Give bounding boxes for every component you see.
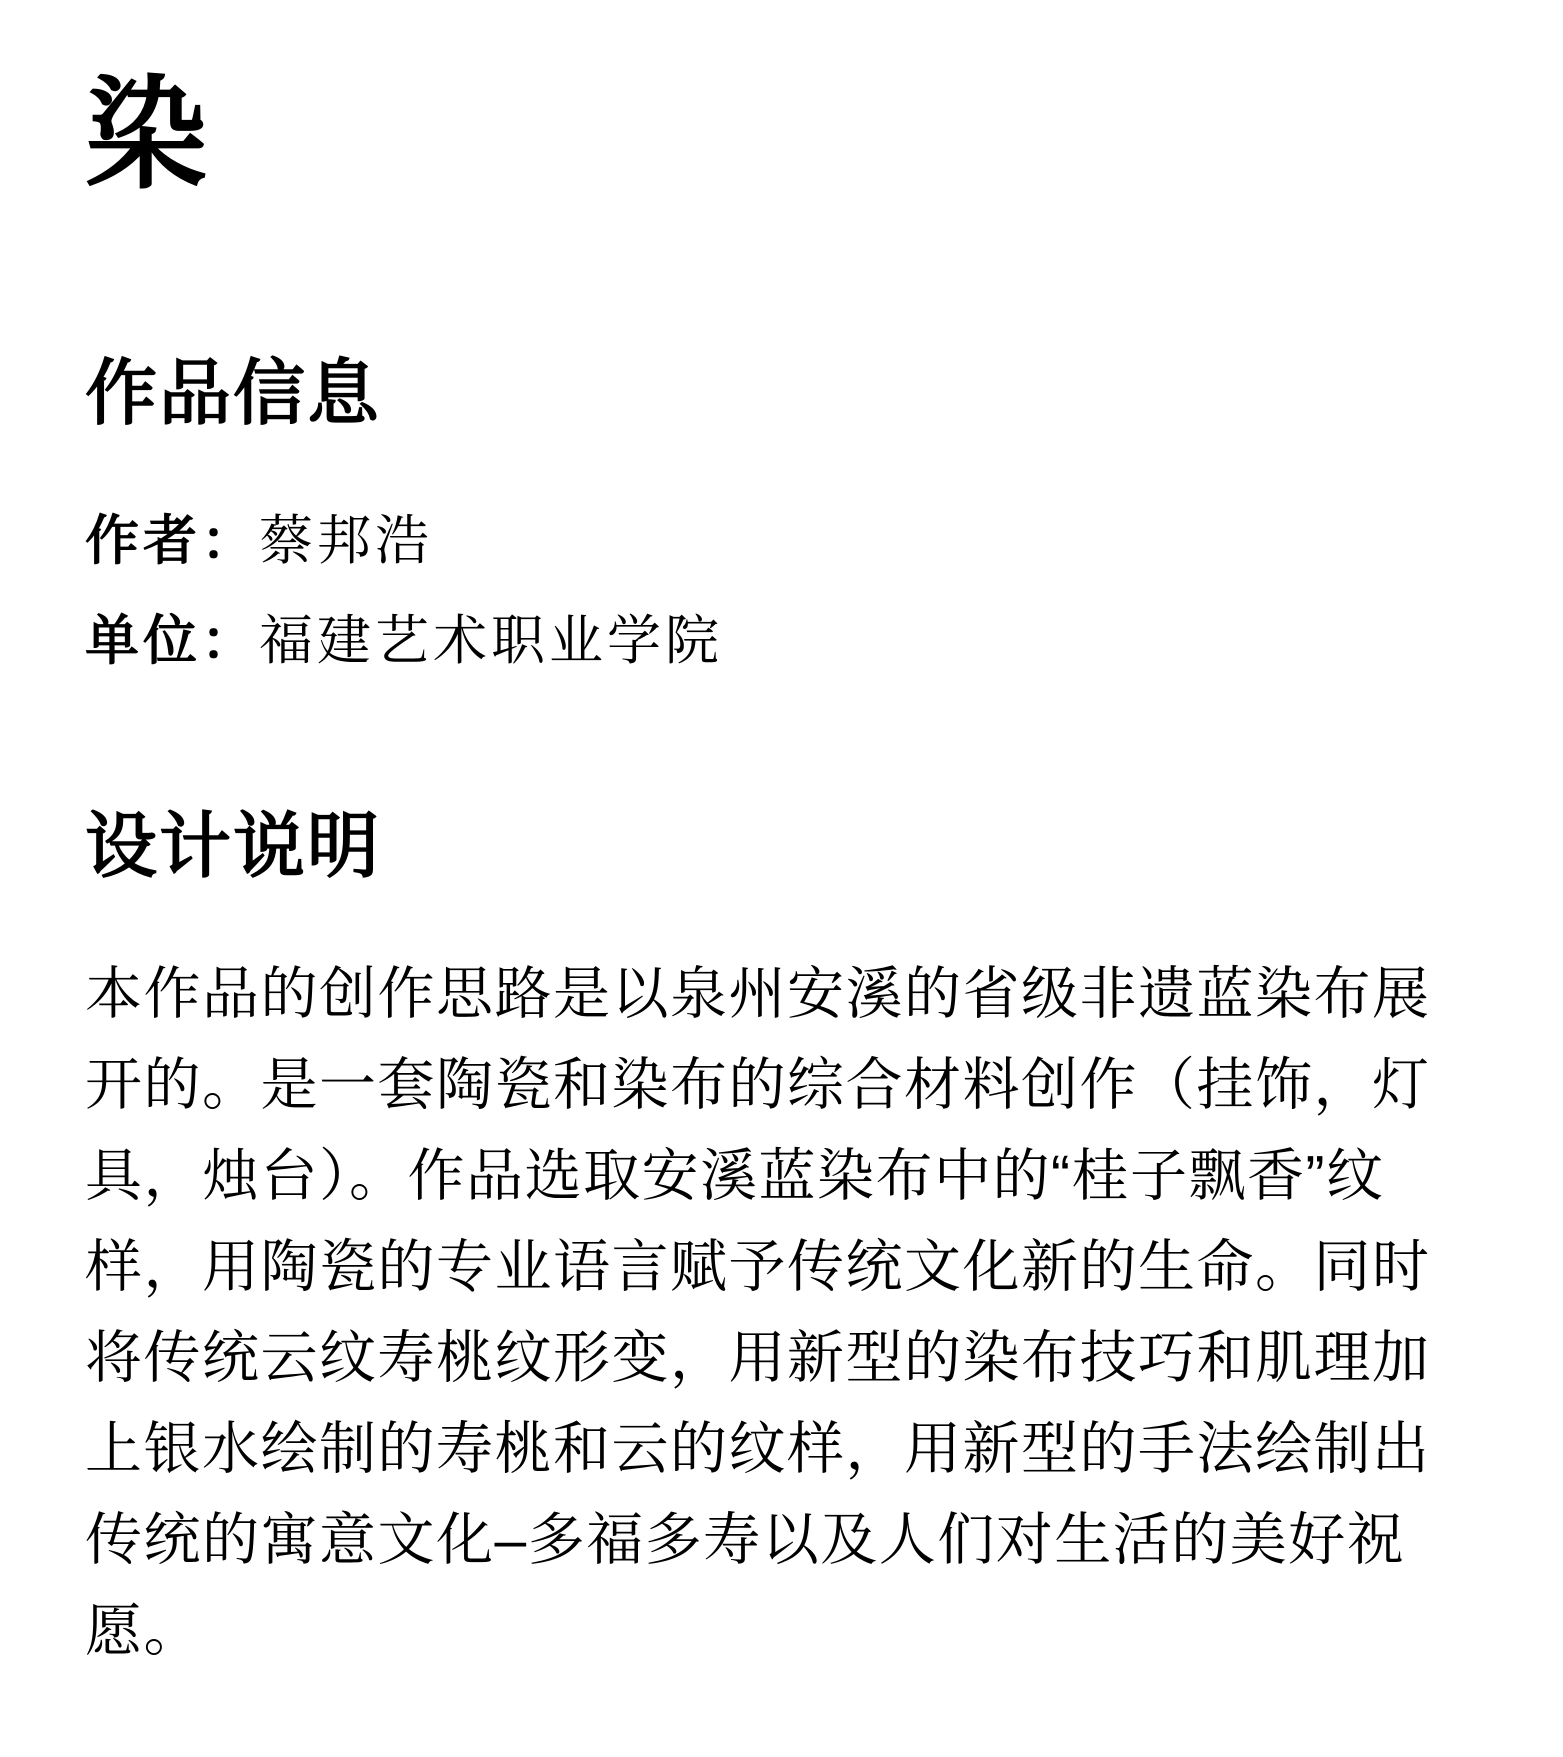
- author-field: 作者：蔡邦浩: [85, 491, 1478, 591]
- author-label: 作者：: [85, 511, 259, 571]
- design-heading: 设计说明: [85, 806, 1478, 889]
- unit-field: 单位：福建艺术职业学院: [85, 591, 1478, 691]
- work-info-fields: 作者：蔡邦浩 单位：福建艺术职业学院: [85, 491, 1478, 691]
- author-value: 蔡邦浩: [259, 511, 433, 571]
- work-info-section: 作品信息 作者：蔡邦浩 单位：福建艺术职业学院: [85, 353, 1478, 691]
- article-page: 染 作品信息 作者：蔡邦浩 单位：福建艺术职业学院 设计说明 本作品的创作思路是…: [0, 0, 1563, 1757]
- unit-value: 福建艺术职业学院: [259, 611, 723, 671]
- page-title: 染: [85, 62, 1478, 208]
- design-description-section: 设计说明 本作品的创作思路是以泉州安溪的省级非遗蓝染布展开的。是一套陶瓷和染布的…: [85, 806, 1478, 1677]
- unit-label: 单位：: [85, 611, 259, 671]
- work-info-heading: 作品信息: [85, 353, 1478, 436]
- design-description-text: 本作品的创作思路是以泉州安溪的省级非遗蓝染布展开的。是一套陶瓷和染布的综合材料创…: [85, 949, 1478, 1677]
